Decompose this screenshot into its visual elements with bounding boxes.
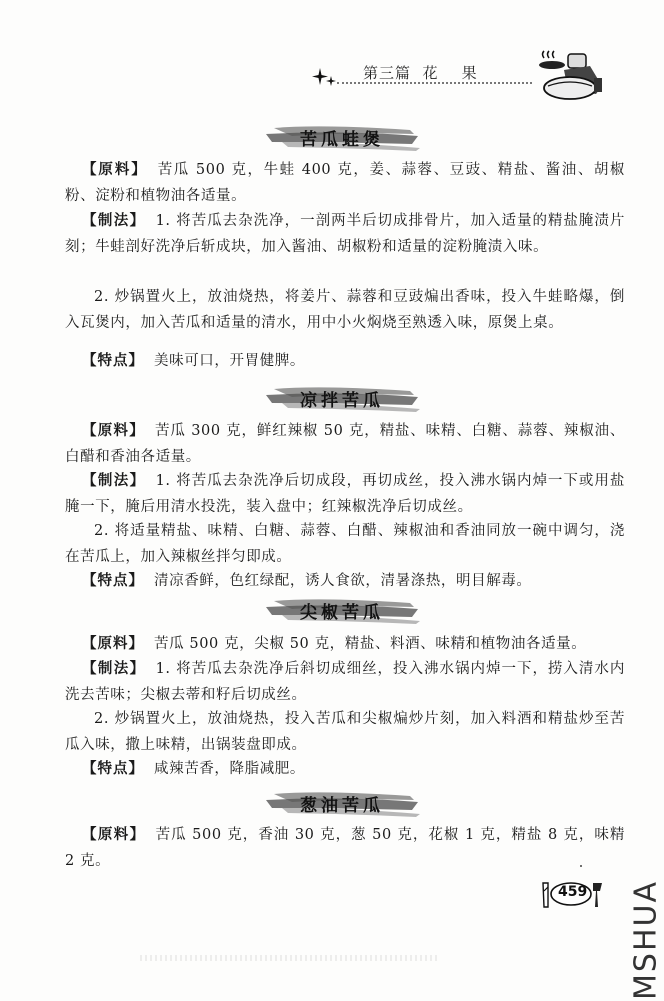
ingredients-paragraph: 【原料】苦瓜 500 克，牛蛙 400 克，姜、蒜蓉、豆豉、精盐、酱油、胡椒粉、… [65, 158, 625, 209]
page-number-badge: 459 [540, 877, 604, 911]
ingredients-text: 苦瓜 500 克，香油 30 克，葱 50 克，花椒 1 克，精盐 8 克，味精… [65, 827, 625, 869]
features-label: 【特点】 [82, 573, 144, 589]
ingredients-text: 苦瓜 300 克，鲜红辣椒 50 克，精盐、味精、白糖、蒜蓉、辣椒油、白醋和香油… [65, 423, 625, 465]
features-label: 【特点】 [82, 353, 144, 369]
features-text: 美味可口，开胃健脾。 [154, 353, 305, 369]
stars-icon [312, 66, 338, 88]
recipe-title: 凉拌苦瓜 [300, 386, 384, 411]
method-step-2: 2. 将适量精盐、味精、白糖、蒜蓉、白醋、辣椒油和香油同放一碗中调匀，浇在苦瓜上… [65, 519, 625, 570]
page-number: 459 [558, 884, 587, 900]
recipe-title-banner: 苦瓜蛙煲 [262, 120, 422, 154]
method-label: 【制法】 [82, 473, 146, 489]
method-step-2: 2. 炒锅置火上，放油烧热，将姜片、蒜蓉和豆豉煸出香味，投入牛蛙略爆，倒入瓦煲内… [65, 285, 625, 336]
recipe-title: 葱油苦瓜 [300, 791, 384, 816]
method-paragraph: 【制法】1. 将苦瓜去杂洗净后斜切成细丝，投入沸水锅内焯一下，捞入清水内洗去苦味… [65, 657, 625, 708]
method-step-1: 1. 将苦瓜去杂洗净后斜切成细丝，投入沸水锅内焯一下，捞入清水内洗去苦味；尖椒去… [65, 661, 625, 703]
ingredients-label: 【原料】 [82, 827, 146, 843]
speck [580, 865, 582, 867]
recipe-title-banner: 尖椒苦瓜 [262, 593, 422, 627]
method-label: 【制法】 [82, 213, 146, 229]
method-step-1: 1. 将苦瓜去杂洗净，一剖两半后切成排骨片，加入适量的精盐腌渍片刻；牛蛙剖好洗净… [65, 213, 625, 255]
scan-artifact [140, 955, 440, 961]
header-divider [337, 82, 532, 84]
method-step-2: 2. 炒锅置火上，放油烧热，投入苦瓜和尖椒煸炒片刻，加入料酒和精盐炒至苦瓜入味，… [65, 707, 625, 758]
watermark: MSHUA [631, 880, 661, 1000]
chef-icon [538, 50, 606, 102]
method-paragraph: 【制法】1. 将苦瓜去杂洗净后切成段，再切成丝，投入沸水锅内焯一下或用盐腌一下，… [65, 469, 625, 520]
features-paragraph: 【特点】咸辣苦香，降脂减肥。 [65, 757, 625, 783]
method-paragraph: 【制法】1. 将苦瓜去杂洗净，一剖两半后切成排骨片，加入适量的精盐腌渍片刻；牛蛙… [65, 209, 625, 260]
chapter-title: 第三篇 花 果 [363, 62, 478, 83]
watermark-text: MSHUA [629, 880, 664, 1000]
features-label: 【特点】 [82, 761, 144, 777]
recipe-title: 尖椒苦瓜 [300, 598, 384, 623]
ingredients-label: 【原料】 [82, 636, 144, 652]
method-label: 【制法】 [82, 661, 146, 677]
ingredients-paragraph: 【原料】苦瓜 500 克，香油 30 克，葱 50 克，花椒 1 克，精盐 8 … [65, 823, 625, 874]
features-paragraph: 【特点】美味可口，开胃健脾。 [65, 349, 625, 375]
features-paragraph: 【特点】清凉香鲜，色红绿配，诱人食欲，清暑涤热，明目解毒。 [65, 569, 625, 595]
ingredients-text: 苦瓜 500 克，尖椒 50 克，精盐、料酒、味精和植物油各适量。 [154, 636, 586, 652]
recipe-title-banner: 葱油苦瓜 [262, 786, 422, 820]
ingredients-paragraph: 【原料】苦瓜 300 克，鲜红辣椒 50 克，精盐、味精、白糖、蒜蓉、辣椒油、白… [65, 419, 625, 470]
recipe-title: 苦瓜蛙煲 [300, 125, 384, 150]
method-step-1: 1. 将苦瓜去杂洗净后切成段，再切成丝，投入沸水锅内焯一下或用盐腌一下，腌后用清… [65, 473, 625, 515]
page-header: 第三篇 花 果 [300, 50, 620, 110]
features-text: 咸辣苦香，降脂减肥。 [154, 761, 305, 777]
features-text: 清凉香鲜，色红绿配，诱人食欲，清暑涤热，明目解毒。 [154, 573, 532, 589]
ingredients-text: 苦瓜 500 克，牛蛙 400 克，姜、蒜蓉、豆豉、精盐、酱油、胡椒粉、淀粉和植… [65, 162, 625, 204]
ingredients-label: 【原料】 [82, 423, 145, 439]
ingredients-paragraph: 【原料】苦瓜 500 克，尖椒 50 克，精盐、料酒、味精和植物油各适量。 [65, 632, 625, 658]
recipe-title-banner: 凉拌苦瓜 [262, 381, 422, 415]
ingredients-label: 【原料】 [82, 162, 148, 178]
